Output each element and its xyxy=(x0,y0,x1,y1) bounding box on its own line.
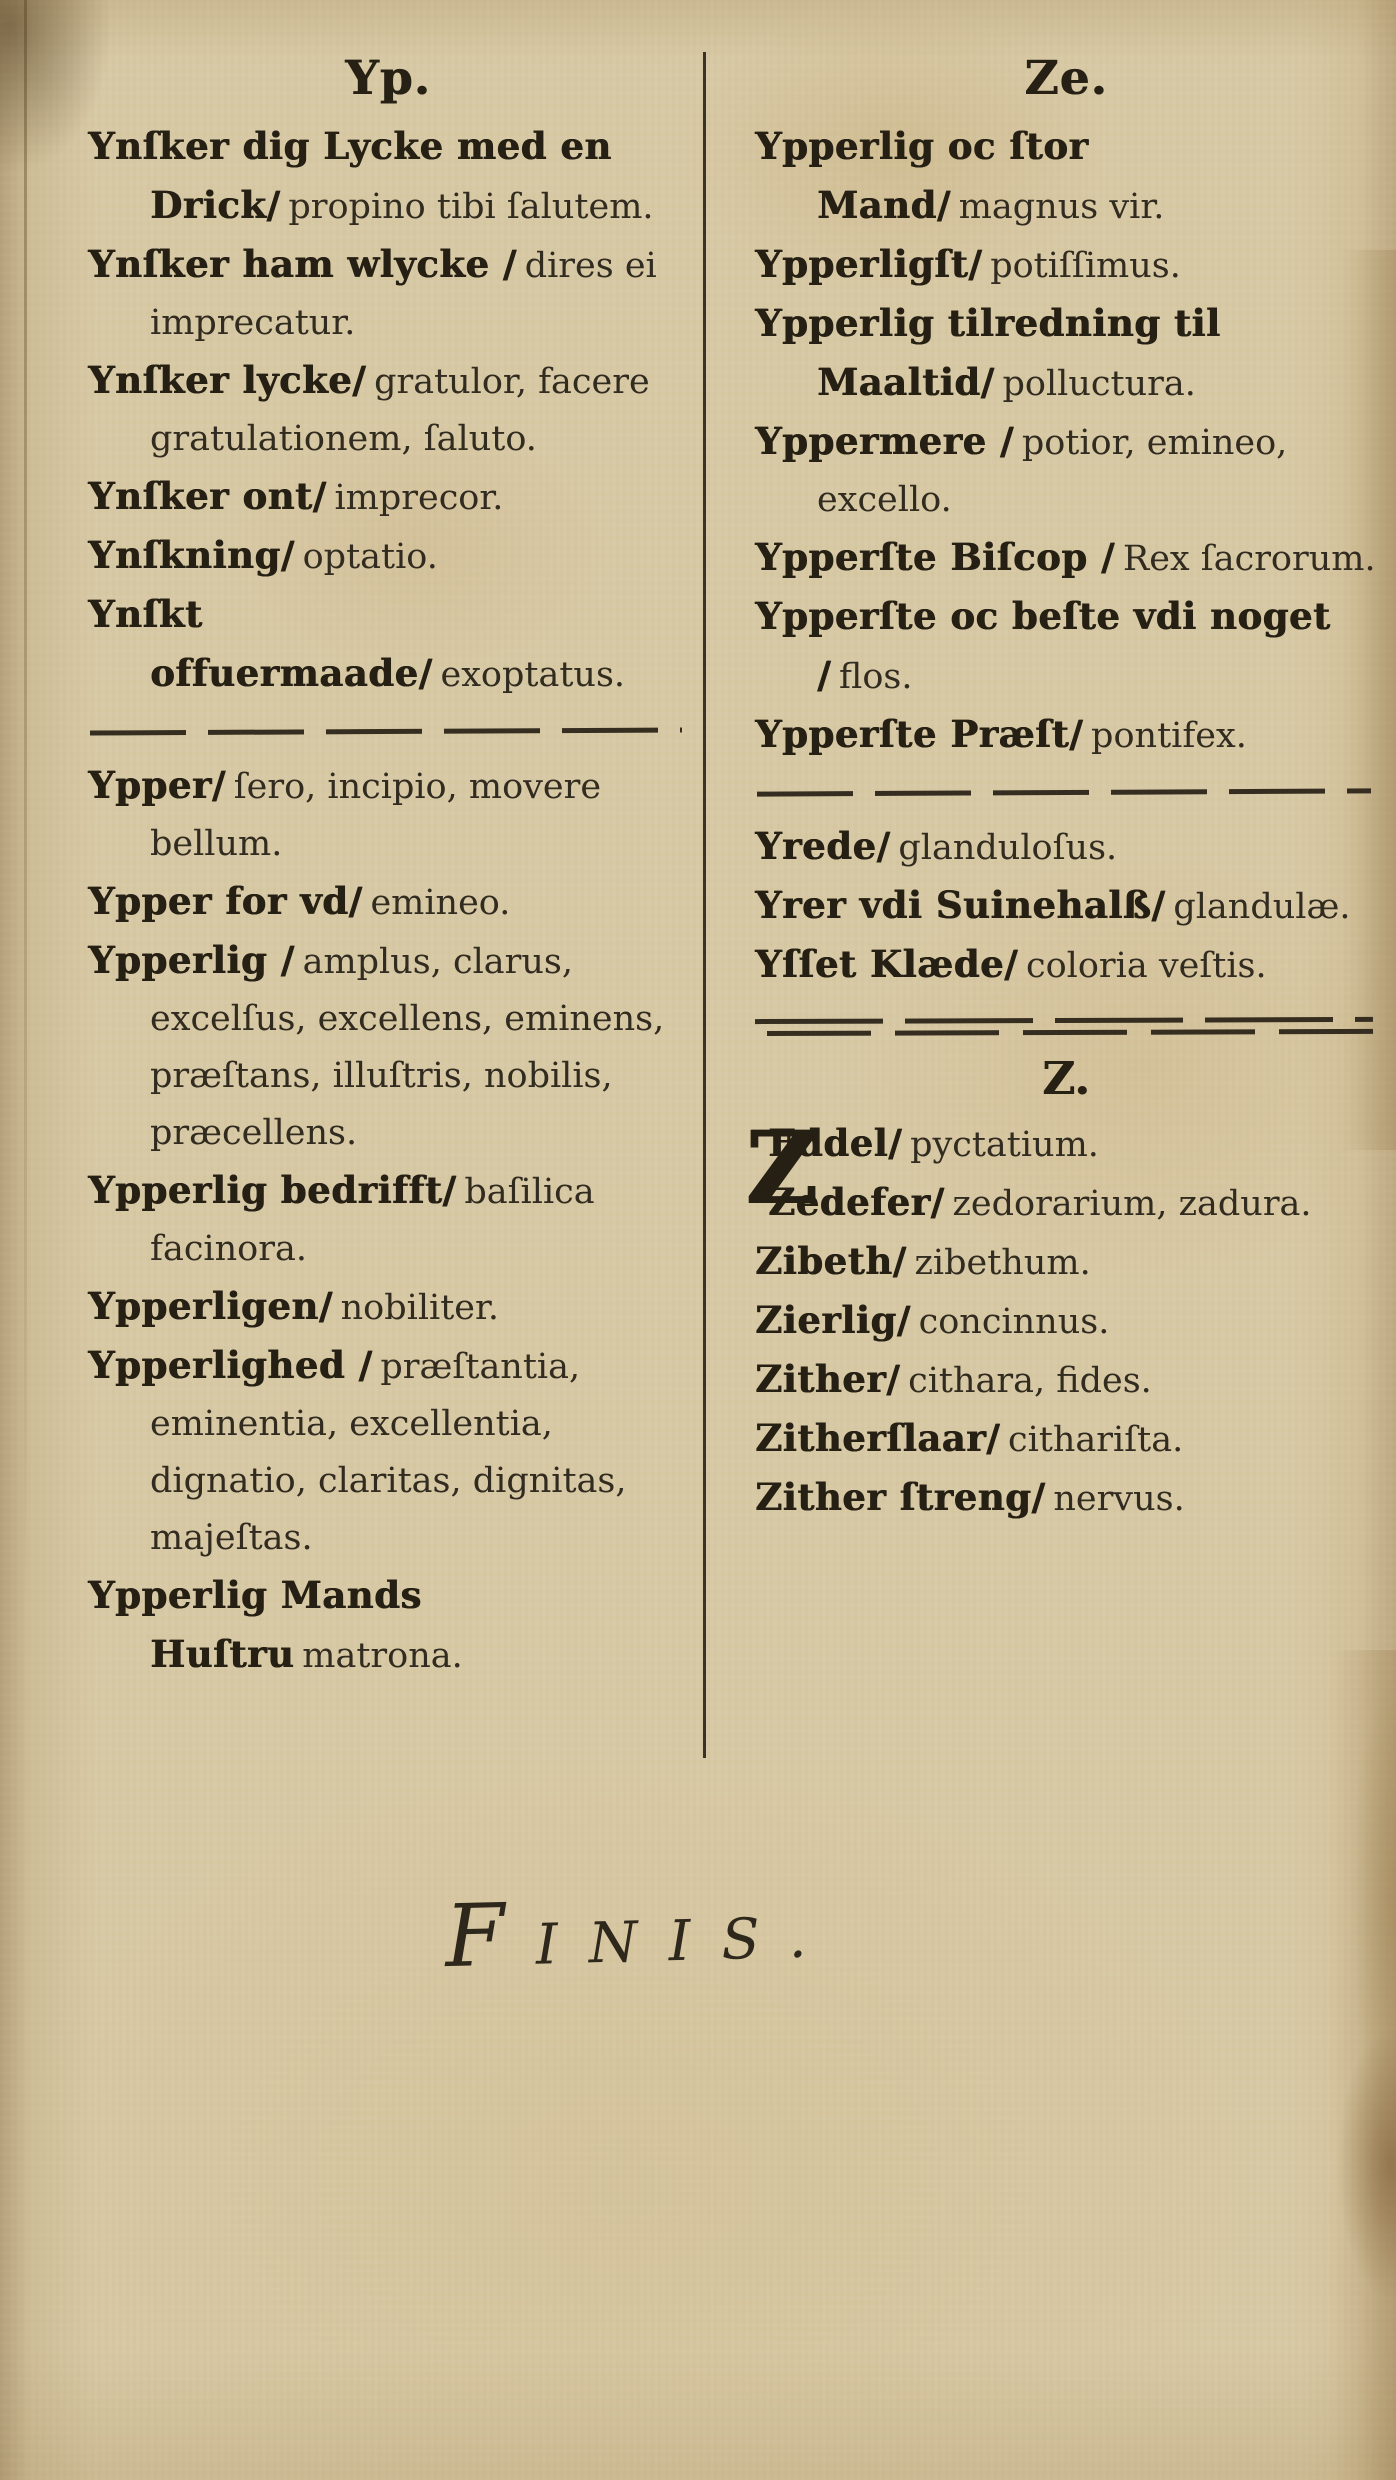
headword-danish: Yrede/ xyxy=(755,824,890,868)
headword-danish: Ynſkt offuermaade/ xyxy=(88,592,432,695)
dictionary-entry: Ypperſte Præſt/pontifex. xyxy=(755,706,1377,765)
gloss-latin: propino tibi ſalutem. xyxy=(288,187,653,227)
gloss-latin: imprecor. xyxy=(334,478,503,518)
gloss-latin: nobiliter. xyxy=(341,1288,499,1328)
dictionary-entry: Zibeth/zibethum. xyxy=(755,1233,1377,1292)
gloss-latin: cithariſta. xyxy=(1008,1420,1183,1460)
gloss-latin: zedorarium, zadura. xyxy=(952,1184,1311,1224)
gloss-latin: exoptatus. xyxy=(440,655,625,695)
dictionary-entry: Ynſker ont/imprecor. xyxy=(88,468,688,527)
gloss-latin: pontifex. xyxy=(1091,716,1247,756)
gloss-latin: emineo. xyxy=(370,883,510,923)
dictionary-entry: Yrer vdi Suinehalß/glandulæ. xyxy=(755,877,1377,936)
left-column: Yp. Ynſker dig Lycke med en Drick/propin… xyxy=(88,50,688,1685)
gloss-latin: coloria veſtis. xyxy=(1026,946,1267,986)
dictionary-entry: Ypperſte oc beſte vdi noget /flos. xyxy=(755,588,1377,706)
headword-danish: Yſſet Klæde/ xyxy=(755,942,1018,986)
headword-danish: Zitherſlaar/ xyxy=(755,1416,1000,1460)
gloss-latin: polluctura. xyxy=(1003,364,1196,404)
gloss-latin: glanduloſus. xyxy=(898,828,1117,868)
section-divider-double xyxy=(755,1017,1373,1036)
dictionary-entry: Ynſker lycke/gratulor, facere gratulatio… xyxy=(88,352,688,468)
gloss-latin: flos. xyxy=(839,657,913,697)
paper-stain xyxy=(1276,1650,1396,2480)
dictionary-entry: Ypper/ſero, incipio, movere bellum. xyxy=(88,757,688,873)
dictionary-entry: Zither ſtreng/nervus. xyxy=(755,1469,1377,1528)
headword-danish: Zither ſtreng/ xyxy=(755,1475,1045,1519)
gloss-latin: potiſſimus. xyxy=(990,246,1181,286)
headword-danish: Ypperlig bedrifft/ xyxy=(88,1168,456,1212)
headword-danish: Zedefer/ xyxy=(768,1180,944,1224)
dictionary-entry: Ynſker ham wlycke /dires ei imprecatur. xyxy=(88,236,688,352)
letter-section-header: Z. xyxy=(755,1051,1377,1107)
finis-colophon: FINIS. xyxy=(444,1877,838,1987)
headword-danish: Ypper/ xyxy=(88,763,226,807)
gloss-latin: glandulæ. xyxy=(1173,887,1350,927)
dictionary-entry: Ypperlighed /præſtantia, eminentia, exce… xyxy=(88,1337,688,1567)
dictionary-entry: Yppermere /potior, emineo, excello. xyxy=(755,413,1377,529)
headword-danish: Zibeth/ xyxy=(755,1239,906,1283)
headword-danish: Yrer vdi Suinehalß/ xyxy=(755,883,1165,927)
headword-danish: Ynſkning/ xyxy=(88,533,295,577)
dropcap-block: Z Eddel/pyctatium. Zedefer/zedorarium, z… xyxy=(755,1115,1377,1233)
gloss-latin: matrona. xyxy=(302,1636,462,1676)
gloss-latin: cithara, fides. xyxy=(908,1361,1152,1401)
section-divider xyxy=(757,788,1371,796)
headword-danish: Eddel/ xyxy=(768,1121,902,1165)
dictionary-entry: Ypperlig tilredning til Maaltid/polluctu… xyxy=(755,295,1377,413)
headword-danish: Yppermere / xyxy=(755,419,1014,463)
dictionary-entry: Ynſkning/optatio. xyxy=(88,527,688,586)
dictionary-entry: Ypper for vd/emineo. xyxy=(88,873,688,932)
headword-danish: Ypperlighed / xyxy=(88,1343,372,1387)
headword-danish: Ypperſte Præſt/ xyxy=(755,712,1083,756)
headword-danish: Ynſker ont/ xyxy=(88,474,326,518)
gloss-latin: Rex ſacrorum. xyxy=(1123,539,1376,579)
dictionary-entry: Ynſker dig Lycke med en Drick/propino ti… xyxy=(88,118,688,236)
right-column: Ze. Ypperlig oc ſtor Mand/magnus vir. Yp… xyxy=(755,50,1377,1528)
dictionary-entry: Ypperlig Mands Huſtrumatrona. xyxy=(88,1567,688,1685)
column-header: Yp. xyxy=(88,50,688,108)
dictionary-entry: Ypperſte Biſcop /Rex ſacrorum. xyxy=(755,529,1377,588)
dictionary-entry: Zierlig/concinnus. xyxy=(755,1292,1377,1351)
gloss-latin: optatio. xyxy=(303,537,438,577)
dictionary-entry: Yſſet Klæde/coloria veſtis. xyxy=(755,936,1377,995)
headword-danish: Ynſker lycke/ xyxy=(88,358,366,402)
dictionary-entry: Ynſkt offuermaade/exoptatus. xyxy=(88,586,688,704)
dictionary-entry: Ypperligen/nobiliter. xyxy=(88,1278,688,1337)
headword-danish: Ypperſte Biſcop / xyxy=(755,535,1115,579)
dictionary-entry: Zedefer/zedorarium, zadura. xyxy=(755,1174,1377,1233)
headword-danish: Zierlig/ xyxy=(755,1298,911,1342)
dictionary-entry: Zither/cithara, fides. xyxy=(755,1351,1377,1410)
scanned-dictionary-page: { "page": { "finis": "FINIS.", "paper_co… xyxy=(0,0,1396,2480)
dictionary-entry: Yrede/glanduloſus. xyxy=(755,818,1377,877)
gloss-latin: magnus vir. xyxy=(959,187,1165,227)
section-divider xyxy=(90,727,682,735)
dictionary-entry: Ypperlig bedrifft/baſilica facinora. xyxy=(88,1162,688,1278)
headword-danish: Ypper for vd/ xyxy=(88,879,362,923)
dictionary-entry: Ypperligſt/potiſſimus. xyxy=(755,236,1377,295)
column-header: Ze. xyxy=(755,50,1377,108)
page-crease xyxy=(24,0,27,1600)
dictionary-entry: Eddel/pyctatium. xyxy=(755,1115,1377,1174)
headword-danish: Ypperligen/ xyxy=(88,1284,333,1328)
headword-danish: Ynſker ham wlycke / xyxy=(88,242,517,286)
dictionary-entry: Ypperlig /amplus, clarus, excelſus, exce… xyxy=(88,932,688,1162)
headword-danish: Zither/ xyxy=(755,1357,900,1401)
dictionary-entry: Zitherſlaar/cithariſta. xyxy=(755,1410,1377,1469)
gloss-latin: zibethum. xyxy=(914,1243,1090,1283)
gloss-latin: concinnus. xyxy=(919,1302,1110,1342)
dictionary-entry: Ypperlig oc ſtor Mand/magnus vir. xyxy=(755,118,1377,236)
headword-danish: Ypperlig / xyxy=(88,938,295,982)
column-divider-rule xyxy=(703,52,706,1758)
gloss-latin: nervus. xyxy=(1053,1479,1184,1519)
headword-danish: Ypperligſt/ xyxy=(755,242,982,286)
gloss-latin: pyctatium. xyxy=(910,1125,1099,1165)
